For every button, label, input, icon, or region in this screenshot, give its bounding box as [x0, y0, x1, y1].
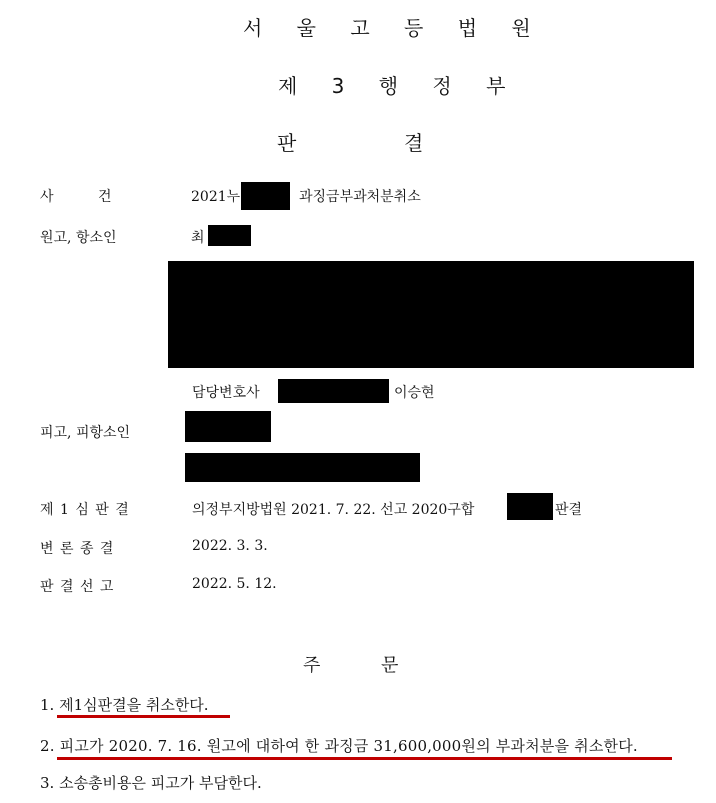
- case-label-text: 사 건: [40, 189, 112, 205]
- redaction-case-number: [241, 182, 290, 210]
- first-instance-label: 제 1 심 판 결: [40, 499, 130, 519]
- highlight-underline: [57, 715, 230, 718]
- redaction-plaintiff-name: [208, 225, 251, 246]
- defendant-label: 피고, 피항소인: [40, 422, 130, 442]
- ruling-item: 3. 소송총비용은 피고가 부담한다.: [40, 772, 262, 793]
- sentencing-label: 판 결 선 고: [40, 576, 114, 596]
- ruling-title-right: 문: [381, 651, 398, 677]
- closing-label: 변 론 종 결: [40, 538, 114, 558]
- court-name: 서 울 고 등 법 원: [243, 12, 545, 41]
- attorney-label: 담당변호사: [192, 382, 260, 402]
- highlight-underline: [57, 757, 672, 760]
- document-title-left: 판: [277, 127, 296, 156]
- redaction-defendant-representative: [185, 453, 420, 482]
- first-instance-suffix: 판결: [555, 499, 582, 519]
- ruling-item: 1. 제1심판결을 취소한다.: [40, 694, 209, 715]
- case-label: 사 건: [40, 186, 112, 206]
- attorney-name: 이승현: [394, 382, 435, 402]
- plaintiff-label: 원고, 항소인: [40, 227, 117, 247]
- redaction-law-firm: [278, 379, 389, 403]
- division-name: 제 3 행 정 부: [278, 70, 519, 99]
- ruling-title-left: 주: [303, 651, 320, 677]
- closing-date: 2022. 3. 3.: [192, 538, 268, 554]
- sentencing-date: 2022. 5. 12.: [192, 576, 277, 592]
- first-instance-text: 의정부지방법원 2021. 7. 22. 선고 2020구합: [192, 499, 474, 519]
- redaction-first-instance-case: [507, 493, 553, 520]
- redaction-defendant-name: [185, 411, 271, 442]
- case-number-prefix: 2021누: [191, 186, 240, 206]
- case-name: 과징금부과처분취소: [299, 186, 421, 206]
- plaintiff-name-prefix: 최: [191, 227, 205, 247]
- document-title-right: 결: [404, 127, 423, 156]
- ruling-item: 2. 피고가 2020. 7. 16. 원고에 대하여 한 과징금 31,600…: [40, 735, 638, 756]
- redaction-plaintiff-address: [168, 261, 694, 368]
